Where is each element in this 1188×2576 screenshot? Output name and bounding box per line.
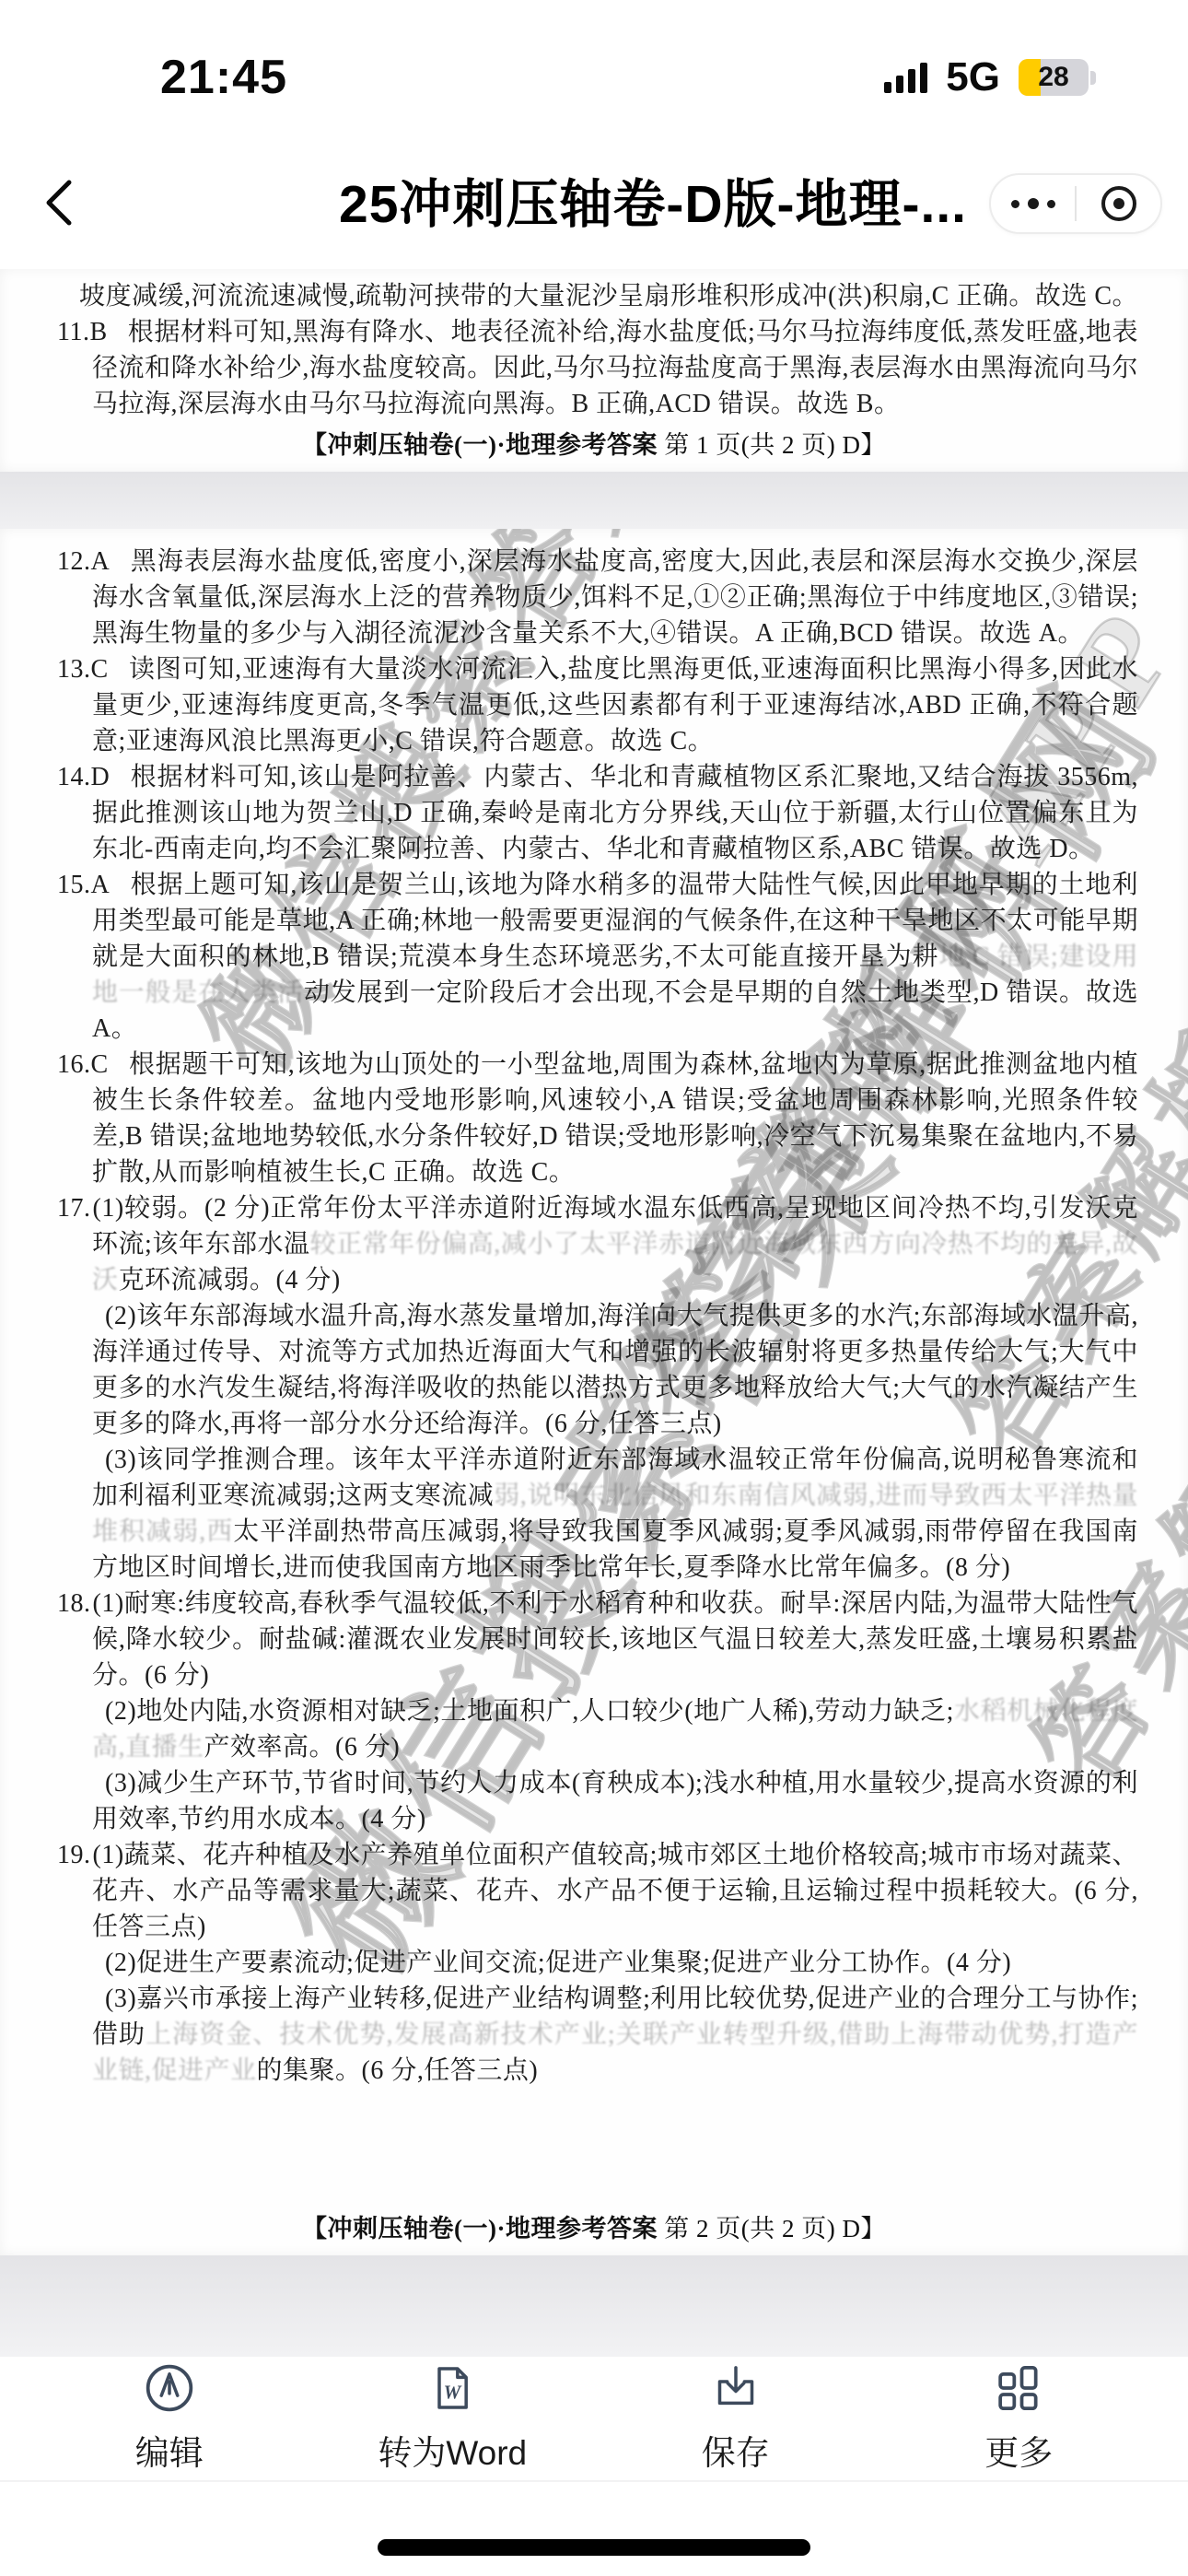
toolbar-label: 保存 xyxy=(702,2425,770,2475)
answer-text: 太平洋副热带高压减弱,将导致我国夏季风减弱;夏季风减弱,雨带停留在我国南方地区时… xyxy=(92,1517,1138,1582)
wechat-capsule xyxy=(989,173,1162,234)
answer-subparagraph: (3)减少生产环节,节省时间,节约人力成本(育秧成本);浅水种植,用水量较少,提… xyxy=(92,1765,1138,1837)
toolbar-label: 更多 xyxy=(984,2425,1053,2475)
answer-text: 读图可知,亚速海有大量淡水河流汇入,盐度比黑海更低,亚速海面积比黑海小得多,因此… xyxy=(92,655,1138,755)
question-number: 17. xyxy=(57,1194,91,1223)
answer-paragraph: 18.(1)耐寒:纬度较高,春秋季气温较低,不利于水稻育种和收获。耐旱:深居内陆… xyxy=(92,1586,1138,1693)
question-number: 12.A xyxy=(57,547,110,576)
document-title: 25冲刺压轴卷-D版-地理-... xyxy=(339,162,967,238)
answer-paragraph: 13.C读图可知,亚速海有大量淡水河流汇入,盐度比黑海更低,亚速海面积比黑海小得… xyxy=(92,651,1138,759)
answer-subparagraph: (2)促进生产要素流动;促进产业间交流;促进产业集聚;促进产业分工协作。(4 分… xyxy=(92,1945,1138,1981)
back-button[interactable] xyxy=(33,170,85,236)
edit-pen-icon xyxy=(144,2362,195,2414)
status-right-cluster: 5G 28 xyxy=(884,54,1096,100)
toolbar-label: 编辑 xyxy=(135,2425,204,2475)
answer-subparagraph: (3)嘉兴市承接上海产业转移,促进产业结构调整;利用比较优势,促进产业的合理分工… xyxy=(92,1981,1138,2089)
more-button[interactable]: 更多 xyxy=(926,2362,1111,2475)
status-bar: 21:45 5G 28 xyxy=(0,0,1188,138)
answer-text: 根据题干可知,该地为山顶处的一小型盆地,周围为森林,盆地内为草原,据此推测盆地内… xyxy=(92,1050,1138,1187)
page-gap xyxy=(0,472,1188,529)
edit-button[interactable]: 编辑 xyxy=(77,2362,262,2475)
answer-paragraph: 坡度减缓,河流流速减慢,疏勒河挟带的大量泥沙呈扇形堆积形成冲(洪)积扇,C 正确… xyxy=(92,278,1138,314)
more-dots-icon xyxy=(1047,200,1055,208)
more-dots-icon xyxy=(1028,198,1039,209)
answer-text: (1)耐寒:纬度较高,春秋季气温较低,不利于水稻育种和收获。耐旱:深居内陆,为温… xyxy=(92,1589,1138,1690)
network-type-label: 5G xyxy=(946,54,1000,100)
answer-text: 产效率高。(6 分) xyxy=(204,1733,401,1762)
answer-text: 根据材料可知,该山是阿拉善、内蒙古、华北和青藏植物区系汇聚地,又结合海拔 355… xyxy=(92,763,1138,863)
signal-strength-icon xyxy=(884,62,927,93)
bottom-toolbar: 编辑 W 转为Word 保存 xyxy=(0,2357,1188,2576)
word-document-icon: W xyxy=(426,2362,478,2414)
answer-text: (1)蔬菜、花卉种植及水产养殖单位面积产值较高;城市郊区土地价格较高;城市市场对… xyxy=(92,1841,1138,1941)
page-footer: 【冲刺压轴卷(一)·地理参考答案 第 2 页(共 2 页) D】 xyxy=(0,2208,1188,2244)
document-page-2[interactable]: 微信搜索答案解析网 答案解析网APP 答案解析网 微信搜索答案解析网 答案解析网… xyxy=(0,529,1188,2255)
chevron-left-icon xyxy=(39,172,79,233)
answer-text-faded: 上海资金、技术优势,发展高新技术产业;关联产业转型升级,借助上海带动优势,打造产… xyxy=(92,2020,1138,2085)
answer-paragraph: 16.C根据题干可知,该地为山顶处的一小型盆地,周围为森林,盆地内为草原,据此推… xyxy=(92,1047,1138,1190)
exit-target-icon xyxy=(1101,186,1136,221)
question-number: 14.D xyxy=(57,763,110,791)
question-number: 13.C xyxy=(57,655,109,684)
save-button[interactable]: 保存 xyxy=(644,2362,828,2475)
answer-subparagraph: (2)该年东部海域水温升高,海水蒸发量增加,海洋向大气提供更多的水汽;东部海域水… xyxy=(92,1298,1138,1442)
page-gap xyxy=(0,2255,1188,2357)
question-number: 19. xyxy=(57,1841,91,1869)
answer-paragraph: 11.B根据材料可知,黑海有降水、地表径流补给,海水盐度低;马尔马拉海纬度低,蒸… xyxy=(92,314,1138,422)
answer-text: 克环流减弱。(4 分) xyxy=(119,1266,341,1294)
answer-paragraph: 15.A根据上题可知,该山是贺兰山,该地为降水稍多的温带大陆性气候,因此甲地早期… xyxy=(92,867,1138,1047)
answer-text: 的集聚。(6 分,任答三点) xyxy=(257,2056,539,2085)
answer-subparagraph: (3)该同学推测合理。该年太平洋赤道附近东部海域水温较正常年份偏高,说明秘鲁寒流… xyxy=(92,1442,1138,1586)
battery-percent: 28 xyxy=(1019,59,1089,96)
question-number: 15.A xyxy=(57,871,110,899)
answer-paragraph: 19.(1)蔬菜、花卉种植及水产养殖单位面积产值较高;城市郊区土地价格较高;城市… xyxy=(92,1837,1138,1945)
answer-paragraph: 17.(1)较弱。(2 分)正常年份太平洋赤道附近海域水温东低西高,呈现地区间冷… xyxy=(92,1190,1138,1298)
svg-text:W: W xyxy=(444,2382,462,2404)
nav-bar: 25冲刺压轴卷-D版-地理-... xyxy=(0,138,1188,269)
more-dots-icon xyxy=(1011,200,1019,208)
toolbar-divider xyxy=(0,2480,1188,2482)
answer-subparagraph: (2)地处内陆,水资源相对缺乏;土地面积广,人口较少(地广人稀),劳动力缺乏;水… xyxy=(92,1693,1138,1765)
battery-cap xyxy=(1090,71,1096,85)
convert-to-word-button[interactable]: W 转为Word xyxy=(360,2362,544,2475)
question-number: 18. xyxy=(57,1589,91,1618)
page-footer: 【冲刺压轴卷(一)·地理参考答案 第 1 页(共 2 页) D】 xyxy=(0,425,1188,461)
answer-text: 黑海表层海水盐度低,密度小,深层海水盐度高,密度大,因此,表层和深层海水交换少,… xyxy=(92,547,1138,648)
capsule-exit-button[interactable] xyxy=(1077,175,1160,232)
question-number: 16.C xyxy=(57,1050,109,1079)
home-indicator[interactable] xyxy=(378,2539,810,2556)
capsule-more-button[interactable] xyxy=(991,175,1075,232)
status-time: 21:45 xyxy=(160,50,287,105)
battery-icon: 28 xyxy=(1019,59,1096,96)
answer-paragraph: 12.A黑海表层海水盐度低,密度小,深层海水盐度高,密度大,因此,表层和深层海水… xyxy=(92,544,1138,651)
answer-text: 根据材料可知,黑海有降水、地表径流补给,海水盐度低;马尔马拉海纬度低,蒸发旺盛,… xyxy=(92,318,1138,418)
grid-more-icon xyxy=(993,2362,1044,2414)
answer-paragraph: 14.D根据材料可知,该山是阿拉善、内蒙古、华北和青藏植物区系汇聚地,又结合海拔… xyxy=(92,759,1138,867)
question-number: 11.B xyxy=(57,318,108,346)
answer-text: (2)地处内陆,水资源相对缺乏;土地面积广,人口较少(地广人稀),劳动力缺乏; xyxy=(105,1697,954,1726)
download-save-icon xyxy=(710,2362,762,2414)
phone-screen: 21:45 5G 28 25冲刺压轴卷-D版-地理-... xyxy=(0,0,1188,2576)
toolbar-label: 转为Word xyxy=(378,2425,527,2475)
document-page-1[interactable]: 坡度减缓,河流流速减慢,疏勒河挟带的大量泥沙呈扇形堆积形成冲(洪)积扇,C 正确… xyxy=(0,269,1188,472)
